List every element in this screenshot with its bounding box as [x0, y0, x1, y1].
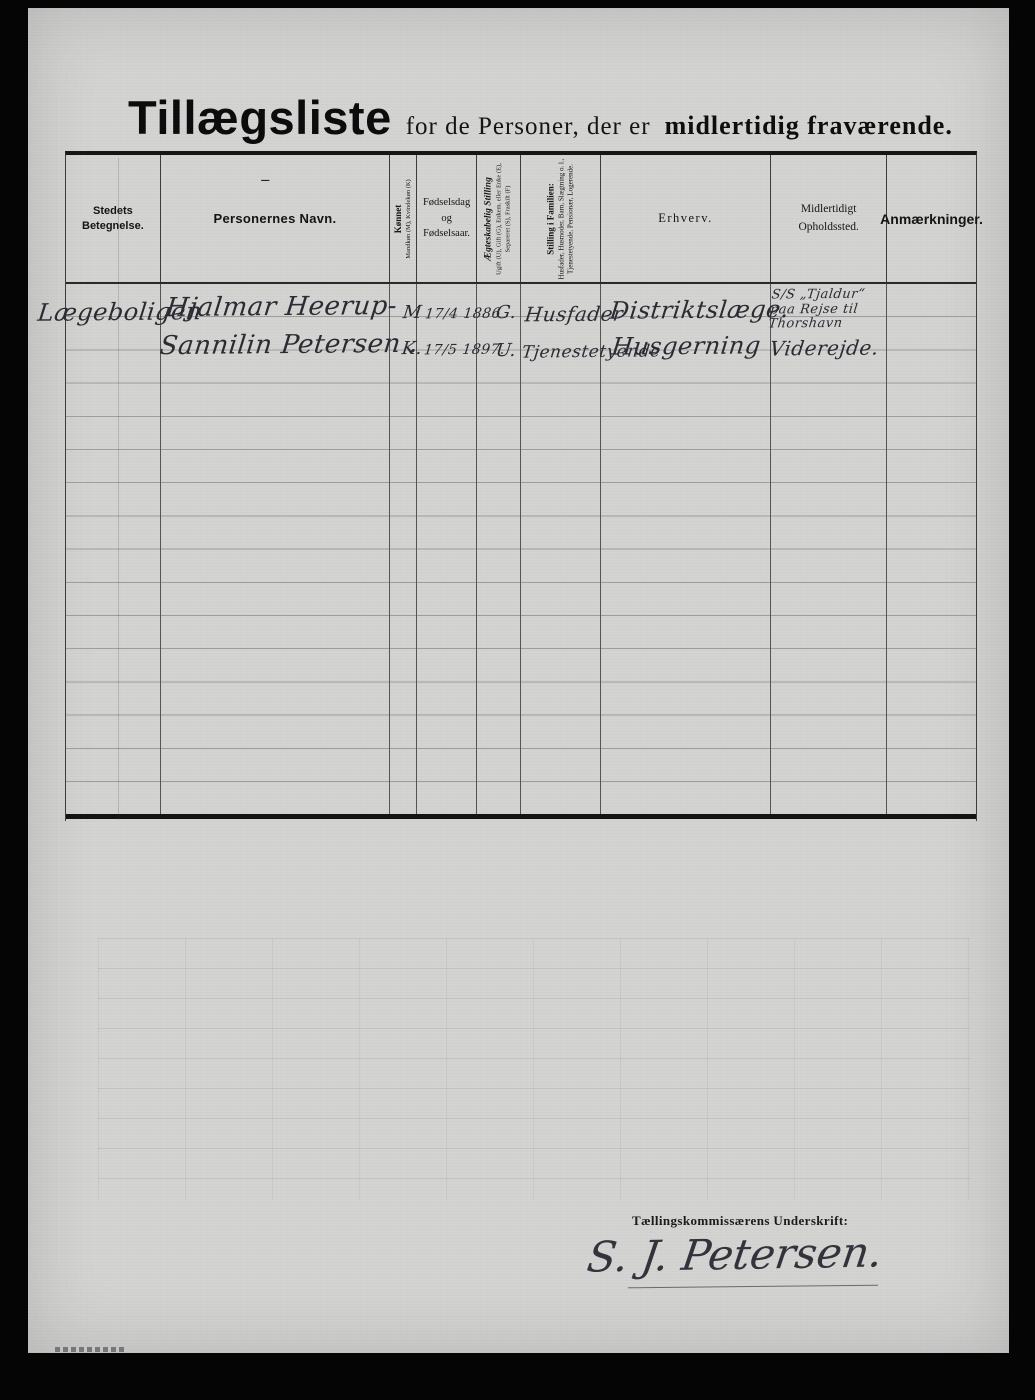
handwritten-marital: U. [495, 340, 518, 361]
handwritten-birthdate: 17/4 1886 [424, 306, 502, 323]
column-header-label: Stedets Betegnelse. [66, 204, 160, 234]
page-title: Tillægsliste for de Personer, der er mid… [128, 90, 953, 145]
handwritten-marital: G. [495, 302, 518, 323]
bleed-through-line [118, 158, 119, 820]
handwritten-whereabouts: S/S „Tjaldur“ paa Rejse til Thorshavn [767, 287, 888, 332]
signature-label: Tællingskommissærens Underskrift: [632, 1213, 848, 1229]
column-header-sublabel: Ugift (U), Gift (G), Enkem. eller Enke (… [497, 156, 513, 281]
column-header-sublabel: Mandkøn (M), Kvindekøn (K) [405, 156, 413, 281]
title-subtitle-bold: midlertidig fraværende. [665, 111, 953, 141]
column-header-konnet: Kønnet Mandkøn (M), Kvindekøn (K) [390, 155, 417, 282]
signature-handwriting: S. J. Petersen. [584, 1227, 886, 1281]
bleed-through-grid [98, 938, 970, 1200]
table-column-rules [66, 284, 976, 814]
handwritten-occupation: Husgerning [610, 331, 762, 360]
column-header-personernes-navn: – Personernes Navn. [161, 155, 390, 282]
column-header-midlertidigt-opholdssted: Midlertidigt Opholdssted. [771, 155, 887, 282]
column-header-erhverv: Erhverv. [601, 155, 772, 282]
title-main: Tillægsliste [128, 90, 392, 145]
column-header-label: Anmærkninger. [880, 211, 983, 227]
handwritten-whereabouts: Viderejde. [769, 336, 881, 361]
column-header-label: Ægteskabelig Stilling [484, 156, 495, 281]
column-header-label: Erhverv. [658, 211, 713, 226]
column-header-sublabel: Husfader, Husmoder, Barn, Slægtning o. l… [557, 156, 575, 281]
title-subtitle: for de Personer, der er [406, 113, 651, 141]
scanned-census-page: Tillægsliste for de Personer, der er mid… [28, 8, 1009, 1353]
column-header-aegteskabelig-stilling: Ægteskabelig Stilling Ugift (U), Gift (G… [477, 155, 521, 282]
column-header-anmaerkninger: Anmærkninger. [887, 155, 976, 282]
handwritten-sex: K. [401, 338, 424, 359]
handwritten-birthdate: 17/5 1897. [423, 342, 506, 359]
handwritten-sex: M [402, 302, 423, 323]
column-header-label: Kønnet [393, 156, 404, 281]
column-header-label: Stilling i Familien: [546, 156, 557, 281]
signature-underline [628, 1285, 878, 1289]
handwritten-name: Sannilin Petersen . [158, 329, 420, 361]
census-table: Stedets Betegnelse. – Personernes Navn. … [65, 151, 977, 821]
table-body-ruled-rows [66, 284, 976, 819]
column-header-label: Personernes Navn. [214, 211, 337, 226]
handwritten-name: Hjalmar Heerup- [164, 291, 399, 323]
header-dash-mark: – [261, 171, 269, 189]
column-header-label: Midlertidigt Opholdssted. [771, 201, 886, 236]
handwritten-occupation: Distriktslæge. [608, 295, 790, 325]
table-header-row: Stedets Betegnelse. – Personernes Navn. … [66, 155, 976, 284]
printer-imprint [55, 1347, 127, 1352]
column-header-stedets-betegnelse: Stedets Betegnelse. [66, 155, 161, 282]
column-header-stilling-i-familien: Stilling i Familien: Husfader, Husmoder,… [521, 155, 601, 282]
column-header-label: Fødselsdag og Fødselsaar. [417, 195, 476, 242]
column-header-fodselsdag: Fødselsdag og Fødselsaar. [417, 155, 477, 282]
